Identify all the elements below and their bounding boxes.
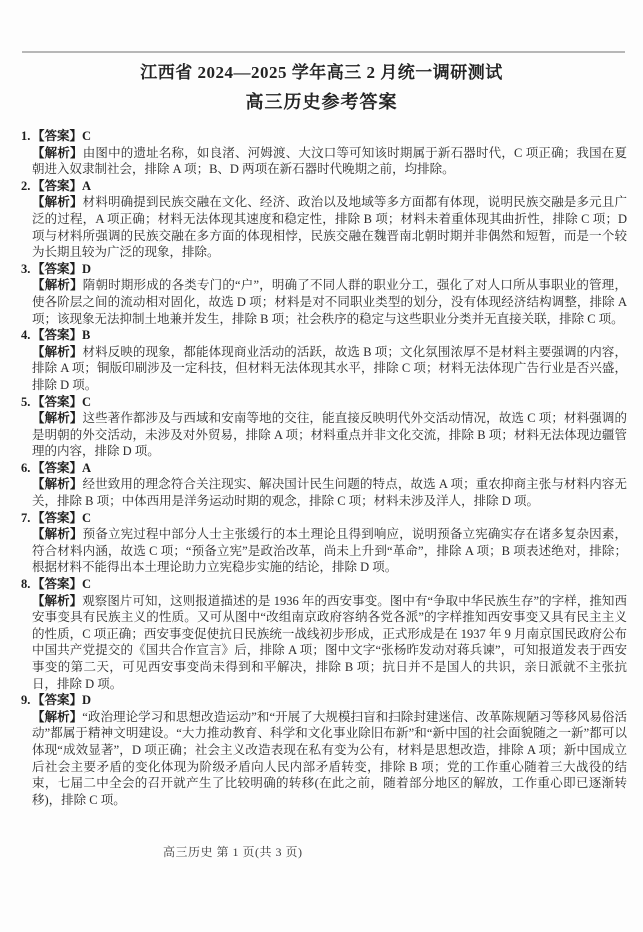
analysis-paragraph: 【解析】由图中的遗址名称，如良渚、河姆渡、大汶口等可知该时期属于新石器时代，C … xyxy=(32,145,627,178)
answer-item-5: 5.【答案】C 【解析】这些著作都涉及与西域和安南等地的交往，能直接反映明代外交… xyxy=(32,394,627,460)
item-number: 8. xyxy=(21,576,30,593)
analysis-paragraph: 【解析】预备立宪过程中部分人士主张缓行的本土理论且得到响应，说明预备立宪确实存在… xyxy=(32,526,627,576)
answer-label: 【答案】 xyxy=(32,129,82,143)
item-number: 5. xyxy=(21,394,30,411)
analysis-label: 【解析】 xyxy=(32,195,83,209)
answer-key-page: 江西省 2024—2025 学年高三 2 月统一调研测试 高三历史参考答案 1.… xyxy=(0,0,643,932)
analysis-paragraph: 【解析】材料反映的现象，都能体现商业活动的活跃，故选 B 项；文化氛围浓厚不是材… xyxy=(32,344,627,394)
item-number: 7. xyxy=(21,510,30,527)
answer-line: 1.【答案】C xyxy=(32,128,627,145)
answer-letter: A xyxy=(82,179,91,193)
analysis-text: 这些著作都涉及与西域和安南等地的交往，能直接反映明代外交活动情况，故选 C 项；… xyxy=(32,411,627,458)
analysis-label: 【解析】 xyxy=(32,477,82,491)
analysis-label: 【解析】 xyxy=(32,411,82,425)
answer-label: 【答案】 xyxy=(32,461,82,475)
answer-label: 【答案】 xyxy=(32,328,82,342)
item-number: 9. xyxy=(21,692,30,709)
answer-letter: D xyxy=(82,262,91,276)
answer-item-1: 1.【答案】C 【解析】由图中的遗址名称，如良渚、河姆渡、大汶口等可知该时期属于… xyxy=(32,128,627,178)
answer-item-9: 9.【答案】D 【解析】“政治理论学习和思想改造运动”和“开展了大规模扫盲和扫除… xyxy=(32,692,627,808)
analysis-label: 【解析】 xyxy=(32,594,82,608)
analysis-paragraph: 【解析】隋朝时期形成的各类专门的“户”，明确了不同人群的职业分工，强化了对人口所… xyxy=(32,277,627,327)
item-number: 1. xyxy=(21,128,30,145)
answer-letter: B xyxy=(82,328,90,342)
analysis-label: 【解析】 xyxy=(32,345,82,359)
answer-letter: A xyxy=(82,461,91,475)
answer-letter: C xyxy=(82,395,91,409)
answer-line: 5.【答案】C xyxy=(32,394,627,411)
analysis-paragraph: 【解析】“政治理论学习和思想改造运动”和“开展了大规模扫盲和扫除封建迷信、改革陈… xyxy=(32,709,627,809)
analysis-text: 材料明确提到民族交融在文化、经济、政治以及地域等多方面都有体现，说明民族交融是多… xyxy=(32,195,627,259)
answers-list: 1.【答案】C 【解析】由图中的遗址名称，如良渚、河姆渡、大汶口等可知该时期属于… xyxy=(32,128,627,808)
item-number: 3. xyxy=(21,261,30,278)
analysis-text: 隋朝时期形成的各类专门的“户”，明确了不同人群的职业分工，强化了对人口所从事职业… xyxy=(32,278,627,325)
analysis-paragraph: 【解析】这些著作都涉及与西域和安南等地的交往，能直接反映明代外交活动情况，故选 … xyxy=(32,410,627,460)
analysis-text: 由图中的遗址名称，如良渚、河姆渡、大汶口等可知该时期属于新石器时代，C 项正确；… xyxy=(32,146,627,177)
analysis-text: 预备立宪过程中部分人士主张缓行的本土理论且得到响应，说明预备立宪确实存在诸多复杂… xyxy=(32,527,627,574)
analysis-paragraph: 【解析】观察图片可知，这则报道描述的是 1936 年的西安事变。图中有“争取中华… xyxy=(32,593,627,693)
analysis-paragraph: 【解析】材料明确提到民族交融在文化、经济、政治以及地域等多方面都有体现，说明民族… xyxy=(32,194,627,260)
analysis-label: 【解析】 xyxy=(32,146,83,160)
answer-label: 【答案】 xyxy=(32,577,82,591)
page-footer: 高三历史 第 1 页(共 3 页) xyxy=(163,843,303,860)
answer-letter: C xyxy=(82,511,91,525)
header-divider xyxy=(22,51,625,53)
answer-item-2: 2.【答案】A 【解析】材料明确提到民族交融在文化、经济、政治以及地域等多方面都… xyxy=(32,178,627,261)
analysis-label: 【解析】 xyxy=(32,278,83,292)
answer-letter: C xyxy=(82,577,91,591)
page-subtitle: 高三历史参考答案 xyxy=(0,88,643,114)
item-number: 2. xyxy=(21,178,30,195)
answer-item-7: 7.【答案】C 【解析】预备立宪过程中部分人士主张缓行的本土理论且得到响应，说明… xyxy=(32,510,627,576)
analysis-text: 经世致用的理念符合关注现实、解决国计民生问题的特点，故选 A 项；重农抑商主张与… xyxy=(32,477,627,508)
analysis-paragraph: 【解析】经世致用的理念符合关注现实、解决国计民生问题的特点，故选 A 项；重农抑… xyxy=(32,476,627,509)
answer-item-4: 4.【答案】B 【解析】材料反映的现象，都能体现商业活动的活跃，故选 B 项；文… xyxy=(32,327,627,393)
answer-label: 【答案】 xyxy=(32,511,82,525)
answer-label: 【答案】 xyxy=(32,395,82,409)
answer-label: 【答案】 xyxy=(32,262,82,276)
answer-letter: D xyxy=(82,693,91,707)
item-number: 4. xyxy=(21,327,30,344)
answer-line: 7.【答案】C xyxy=(32,510,627,527)
answer-item-6: 6.【答案】A 【解析】经世致用的理念符合关注现实、解决国计民生问题的特点，故选… xyxy=(32,460,627,510)
answer-item-3: 3.【答案】D 【解析】隋朝时期形成的各类专门的“户”，明确了不同人群的职业分工… xyxy=(32,261,627,327)
item-number: 6. xyxy=(21,460,30,477)
analysis-text: 材料反映的现象，都能体现商业活动的活跃，故选 B 项；文化氛围浓厚不是材料主要强… xyxy=(32,345,627,392)
answer-label: 【答案】 xyxy=(32,693,82,707)
answer-line: 9.【答案】D xyxy=(32,692,627,709)
page-title: 江西省 2024—2025 学年高三 2 月统一调研测试 xyxy=(0,58,643,83)
analysis-label: 【解析】 xyxy=(32,710,82,724)
answer-line: 2.【答案】A xyxy=(32,178,627,195)
answer-line: 6.【答案】A xyxy=(32,460,627,477)
answer-line: 4.【答案】B xyxy=(32,327,627,344)
answer-item-8: 8.【答案】C 【解析】观察图片可知，这则报道描述的是 1936 年的西安事变。… xyxy=(32,576,627,692)
answer-label: 【答案】 xyxy=(32,179,82,193)
answer-line: 8.【答案】C xyxy=(32,576,627,593)
answer-letter: C xyxy=(82,129,91,143)
analysis-text: 观察图片可知，这则报道描述的是 1936 年的西安事变。图中有“争取中华民族生存… xyxy=(32,594,627,691)
analysis-label: 【解析】 xyxy=(32,527,83,541)
analysis-text: “政治理论学习和思想改造运动”和“开展了大规模扫盲和扫除封建迷信、改革陈规陋习等… xyxy=(32,710,627,807)
answer-line: 3.【答案】D xyxy=(32,261,627,278)
